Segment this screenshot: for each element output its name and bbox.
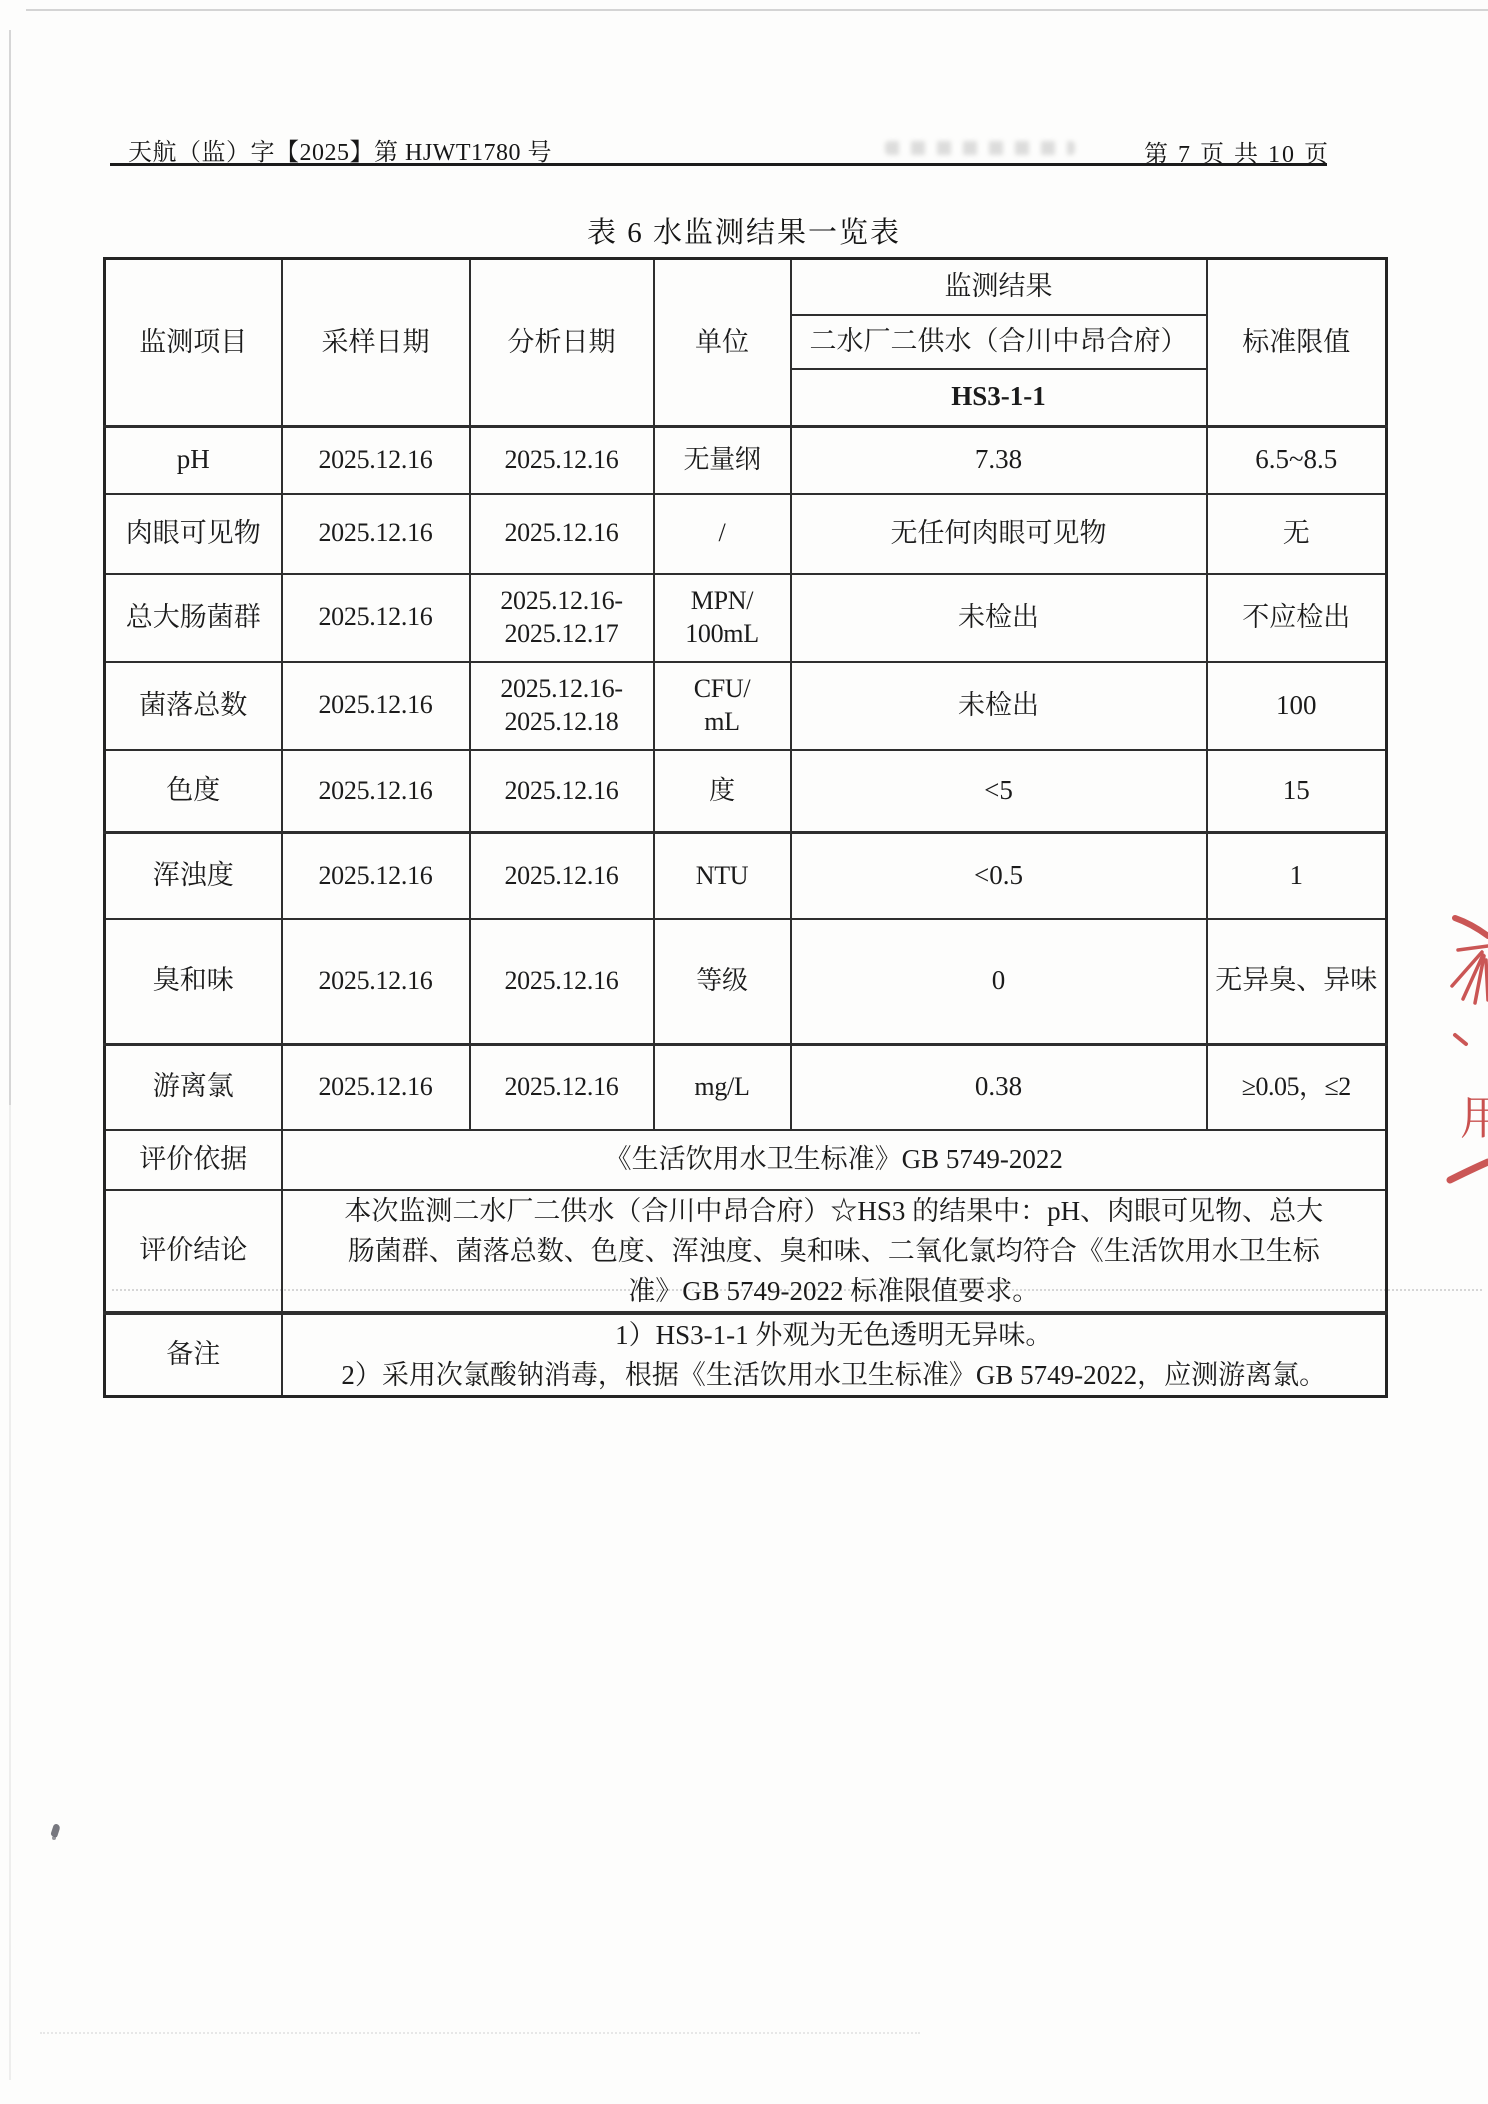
scan-bleedthrough-smudge bbox=[885, 141, 1075, 155]
red-annotation-character: 用 bbox=[1460, 1096, 1488, 1142]
conclusion-line: 准》GB 5749-2022 标准限值要求。 bbox=[289, 1271, 1380, 1311]
cell-sample-date: 2025.12.16 bbox=[282, 574, 470, 662]
cell-item: 游离氯 bbox=[105, 1045, 282, 1130]
water-monitoring-table: 监测项目 采样日期 分析日期 单位 监测结果 标准限值 二水厂二供水（合川中昂合… bbox=[103, 257, 1388, 1398]
cell-sample-date: 2025.12.16 bbox=[282, 750, 470, 833]
cell-sample-date: 2025.12.16 bbox=[282, 662, 470, 750]
cell-result: 0.38 bbox=[791, 1045, 1207, 1130]
col-header-sample-date: 采样日期 bbox=[282, 259, 470, 427]
evaluation-basis-text: 《生活饮用水卫生标准》GB 5749-2022 bbox=[282, 1130, 1387, 1190]
cell-unit: MPN/ 100mL bbox=[654, 574, 791, 662]
evaluation-conclusion-row: 评价结论 本次监测二水厂二供水（合川中昂合府）☆HS3 的结果中：pH、肉眼可见… bbox=[105, 1190, 1387, 1313]
scan-speck-small bbox=[52, 1836, 56, 1840]
col-header-result-group: 监测结果 bbox=[791, 259, 1207, 315]
cell-item: 肉眼可见物 bbox=[105, 494, 282, 574]
evaluation-basis-label: 评价依据 bbox=[105, 1130, 282, 1190]
cell-analysis-date: 2025.12.16 bbox=[470, 833, 654, 919]
cell-analysis-date: 2025.12.16 bbox=[470, 427, 654, 494]
cell-limit: 100 bbox=[1207, 662, 1387, 750]
table-row: 浑浊度 2025.12.16 2025.12.16 NTU <0.5 1 bbox=[105, 833, 1387, 919]
evaluation-conclusion-text: 本次监测二水厂二供水（合川中昂合府）☆HS3 的结果中：pH、肉眼可见物、总大 … bbox=[282, 1190, 1387, 1313]
evaluation-conclusion-label: 评价结论 bbox=[105, 1190, 282, 1313]
header-rule bbox=[110, 163, 1327, 166]
remark-label: 备注 bbox=[105, 1313, 282, 1397]
cell-sample-date: 2025.12.16 bbox=[282, 833, 470, 919]
cell-limit: 无异臭、异味 bbox=[1207, 919, 1387, 1045]
col-header-limit: 标准限值 bbox=[1207, 259, 1387, 427]
cell-limit: 15 bbox=[1207, 750, 1387, 833]
red-annotation-strokes bbox=[1430, 900, 1488, 1220]
cell-result: 无任何肉眼可见物 bbox=[791, 494, 1207, 574]
cell-analysis-date: 2025.12.16- 2025.12.18 bbox=[470, 662, 654, 750]
table-row: 肉眼可见物 2025.12.16 2025.12.16 / 无任何肉眼可见物 无 bbox=[105, 494, 1387, 574]
cell-unit: 度 bbox=[654, 750, 791, 833]
cell-result: <0.5 bbox=[791, 833, 1207, 919]
col-header-sample-id: HS3-1-1 bbox=[791, 369, 1207, 427]
cell-unit: 无量纲 bbox=[654, 427, 791, 494]
scanned-report-page: 天航（监）字【2025】第 HJWT1780 号 第 7 页 共 10 页 表 … bbox=[0, 0, 1488, 2104]
cell-analysis-date: 2025.12.16 bbox=[470, 1045, 654, 1130]
remark-line: 2）采用次氯酸钠消毒，根据《生活饮用水卫生标准》GB 5749-2022，应测游… bbox=[289, 1355, 1380, 1395]
col-header-result-site: 二水厂二供水（合川中昂合府） bbox=[791, 315, 1207, 369]
cell-analysis-date: 2025.12.16 bbox=[470, 750, 654, 833]
scan-edge-left bbox=[9, 30, 11, 1105]
cell-item: 臭和味 bbox=[105, 919, 282, 1045]
cell-sample-date: 2025.12.16 bbox=[282, 427, 470, 494]
cell-result: 未检出 bbox=[791, 662, 1207, 750]
col-header-unit: 单位 bbox=[654, 259, 791, 427]
cell-item: 总大肠菌群 bbox=[105, 574, 282, 662]
cell-unit: / bbox=[654, 494, 791, 574]
remark-row: 备注 1）HS3-1-1 外观为无色透明无异味。 2）采用次氯酸钠消毒，根据《生… bbox=[105, 1313, 1387, 1397]
document-number: 天航（监）字【2025】第 HJWT1780 号 bbox=[128, 132, 552, 167]
cell-result: <5 bbox=[791, 750, 1207, 833]
cell-item: 浑浊度 bbox=[105, 833, 282, 919]
conclusion-line: 肠菌群、菌落总数、色度、浑浊度、臭和味、二氧化氯均符合《生活饮用水卫生标 bbox=[289, 1231, 1380, 1271]
remark-text: 1）HS3-1-1 外观为无色透明无异味。 2）采用次氯酸钠消毒，根据《生活饮用… bbox=[282, 1313, 1387, 1397]
table-row: 游离氯 2025.12.16 2025.12.16 mg/L 0.38 ≥0.0… bbox=[105, 1045, 1387, 1130]
cell-limit: 6.5~8.5 bbox=[1207, 427, 1387, 494]
cell-item: pH bbox=[105, 427, 282, 494]
scan-edge-left-faint bbox=[9, 1105, 11, 2080]
scan-edge-top bbox=[26, 9, 1488, 11]
cell-unit: mg/L bbox=[654, 1045, 791, 1130]
table-row: 色度 2025.12.16 2025.12.16 度 <5 15 bbox=[105, 750, 1387, 833]
table-row: 臭和味 2025.12.16 2025.12.16 等级 0 无异臭、异味 bbox=[105, 919, 1387, 1045]
header-row-1: 监测项目 采样日期 分析日期 单位 监测结果 标准限值 bbox=[105, 259, 1387, 315]
table-row: 菌落总数 2025.12.16 2025.12.16- 2025.12.18 C… bbox=[105, 662, 1387, 750]
cell-unit: 等级 bbox=[654, 919, 791, 1045]
cell-limit: 1 bbox=[1207, 833, 1387, 919]
cell-result: 7.38 bbox=[791, 427, 1207, 494]
cell-limit: 不应检出 bbox=[1207, 574, 1387, 662]
cell-sample-date: 2025.12.16 bbox=[282, 494, 470, 574]
col-header-analysis-date: 分析日期 bbox=[470, 259, 654, 427]
conclusion-line: 本次监测二水厂二供水（合川中昂合府）☆HS3 的结果中：pH、肉眼可见物、总大 bbox=[289, 1191, 1380, 1231]
cell-unit: CFU/ mL bbox=[654, 662, 791, 750]
cell-item: 菌落总数 bbox=[105, 662, 282, 750]
remark-line: 1）HS3-1-1 外观为无色透明无异味。 bbox=[289, 1315, 1380, 1355]
cell-unit: NTU bbox=[654, 833, 791, 919]
table-title: 表 6 水监测结果一览表 bbox=[103, 210, 1385, 251]
col-header-item: 监测项目 bbox=[105, 259, 282, 427]
cell-limit: ≥0.05，≤2 bbox=[1207, 1045, 1387, 1130]
scan-dotted-line-bottom bbox=[40, 2032, 920, 2034]
table-row: 总大肠菌群 2025.12.16 2025.12.16- 2025.12.17 … bbox=[105, 574, 1387, 662]
cell-analysis-date: 2025.12.16- 2025.12.17 bbox=[470, 574, 654, 662]
cell-analysis-date: 2025.12.16 bbox=[470, 494, 654, 574]
table-row: pH 2025.12.16 2025.12.16 无量纲 7.38 6.5~8.… bbox=[105, 427, 1387, 494]
evaluation-basis-row: 评价依据 《生活饮用水卫生标准》GB 5749-2022 bbox=[105, 1130, 1387, 1190]
cell-limit: 无 bbox=[1207, 494, 1387, 574]
cell-item: 色度 bbox=[105, 750, 282, 833]
cell-sample-date: 2025.12.16 bbox=[282, 1045, 470, 1130]
cell-result: 未检出 bbox=[791, 574, 1207, 662]
cell-result: 0 bbox=[791, 919, 1207, 1045]
cell-analysis-date: 2025.12.16 bbox=[470, 919, 654, 1045]
cell-sample-date: 2025.12.16 bbox=[282, 919, 470, 1045]
